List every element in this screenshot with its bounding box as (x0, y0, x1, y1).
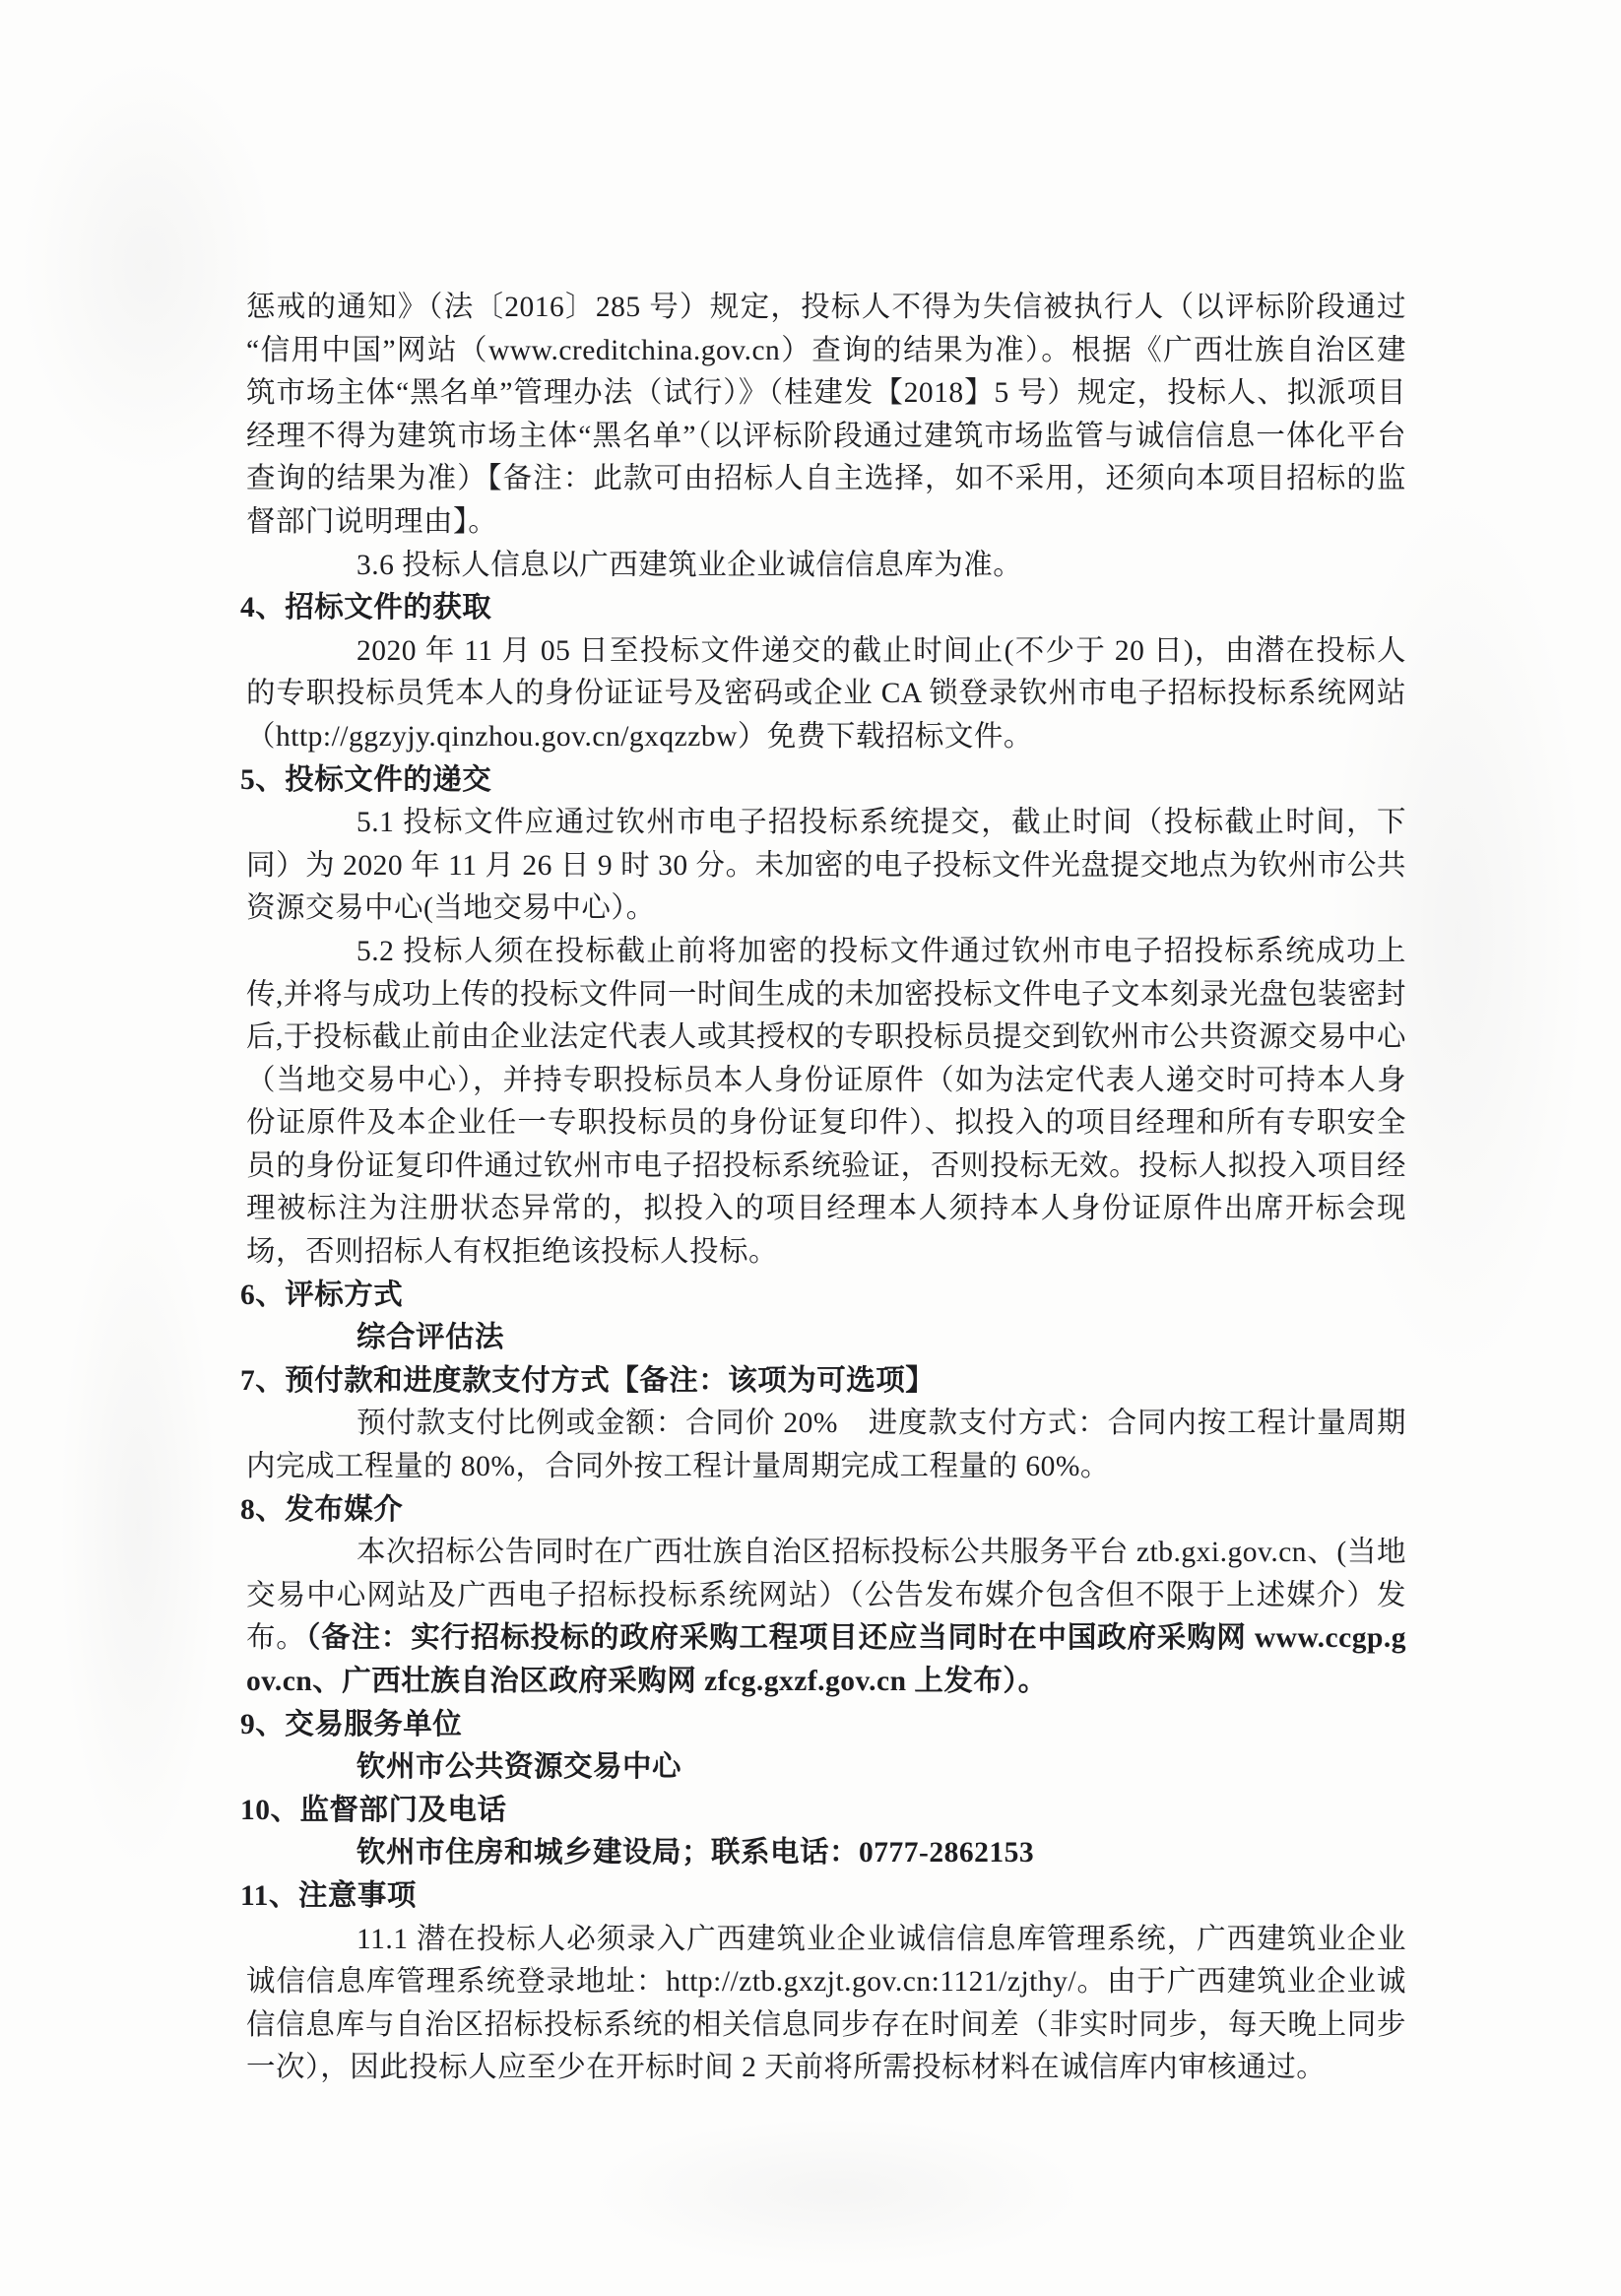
paragraph: 2020 年 11 月 05 日至投标文件递交的截止时间止(不少于 20 日)，… (246, 630, 1406, 759)
paragraph: 本次招标公告同时在广西壮族自治区招标投标公共服务平台 ztb.gxi.gov.c… (246, 1532, 1406, 1703)
section-heading: 8、发布媒介 (240, 1489, 1406, 1533)
section-heading: 6、评标方式 (240, 1275, 1406, 1318)
paragraph: 惩戒的通知》（法〔2016〕285 号）规定，投标人不得为失信被执行人（以评标阶… (246, 287, 1406, 545)
paragraph: 3.6 投标人信息以广西建筑业企业诚信信息库为准。 (246, 545, 1406, 588)
section-heading: 7、预付款和进度款支付方式【备注：该项为可选项】 (240, 1360, 1406, 1404)
scan-noise (591, 2118, 1083, 2265)
scan-noise (59, 1182, 217, 1871)
paragraph: 11.1 潜在投标人必须录入广西建筑业企业诚信信息库管理系统，广西建筑业企业诚信… (246, 1919, 1406, 2090)
section-heading: 9、交易服务单位 (240, 1704, 1406, 1747)
paragraph: 综合评估法 (246, 1317, 1406, 1360)
paragraph: 钦州市公共资源交易中心 (246, 1746, 1406, 1790)
section-heading: 11、注意事项 (240, 1875, 1406, 1919)
document-body: 惩戒的通知》（法〔2016〕285 号）规定，投标人不得为失信被执行人（以评标阶… (246, 287, 1406, 2090)
scanned-document-page: 惩戒的通知》（法〔2016〕285 号）规定，投标人不得为失信被执行人（以评标阶… (0, 0, 1621, 2296)
paragraph: 5.1 投标文件应通过钦州市电子招投标系统提交，截止时间（投标截止时间，下同）为… (246, 802, 1406, 931)
section-heading: 5、投标文件的递交 (240, 759, 1406, 803)
scan-noise (20, 59, 276, 473)
section-heading: 10、监督部门及电话 (240, 1790, 1406, 1833)
bold-note-segment: （备注：实行招标投标的政府采购工程项目还应当同时在中国政府采购网 www.ccg… (246, 1622, 1406, 1697)
paragraph: 预付款支付比例或金额：合同价 20% 进度款支付方式：合同内按工程计量周期内完成… (246, 1403, 1406, 1488)
paragraph: 5.2 投标人须在投标截止前将加密的投标文件通过钦州市电子招投标系统成功上传,并… (246, 931, 1406, 1275)
section-heading: 4、招标文件的获取 (240, 587, 1406, 630)
paragraph: 钦州市住房和城乡建设局；联系电话：0777-2862153 (246, 1832, 1406, 1875)
